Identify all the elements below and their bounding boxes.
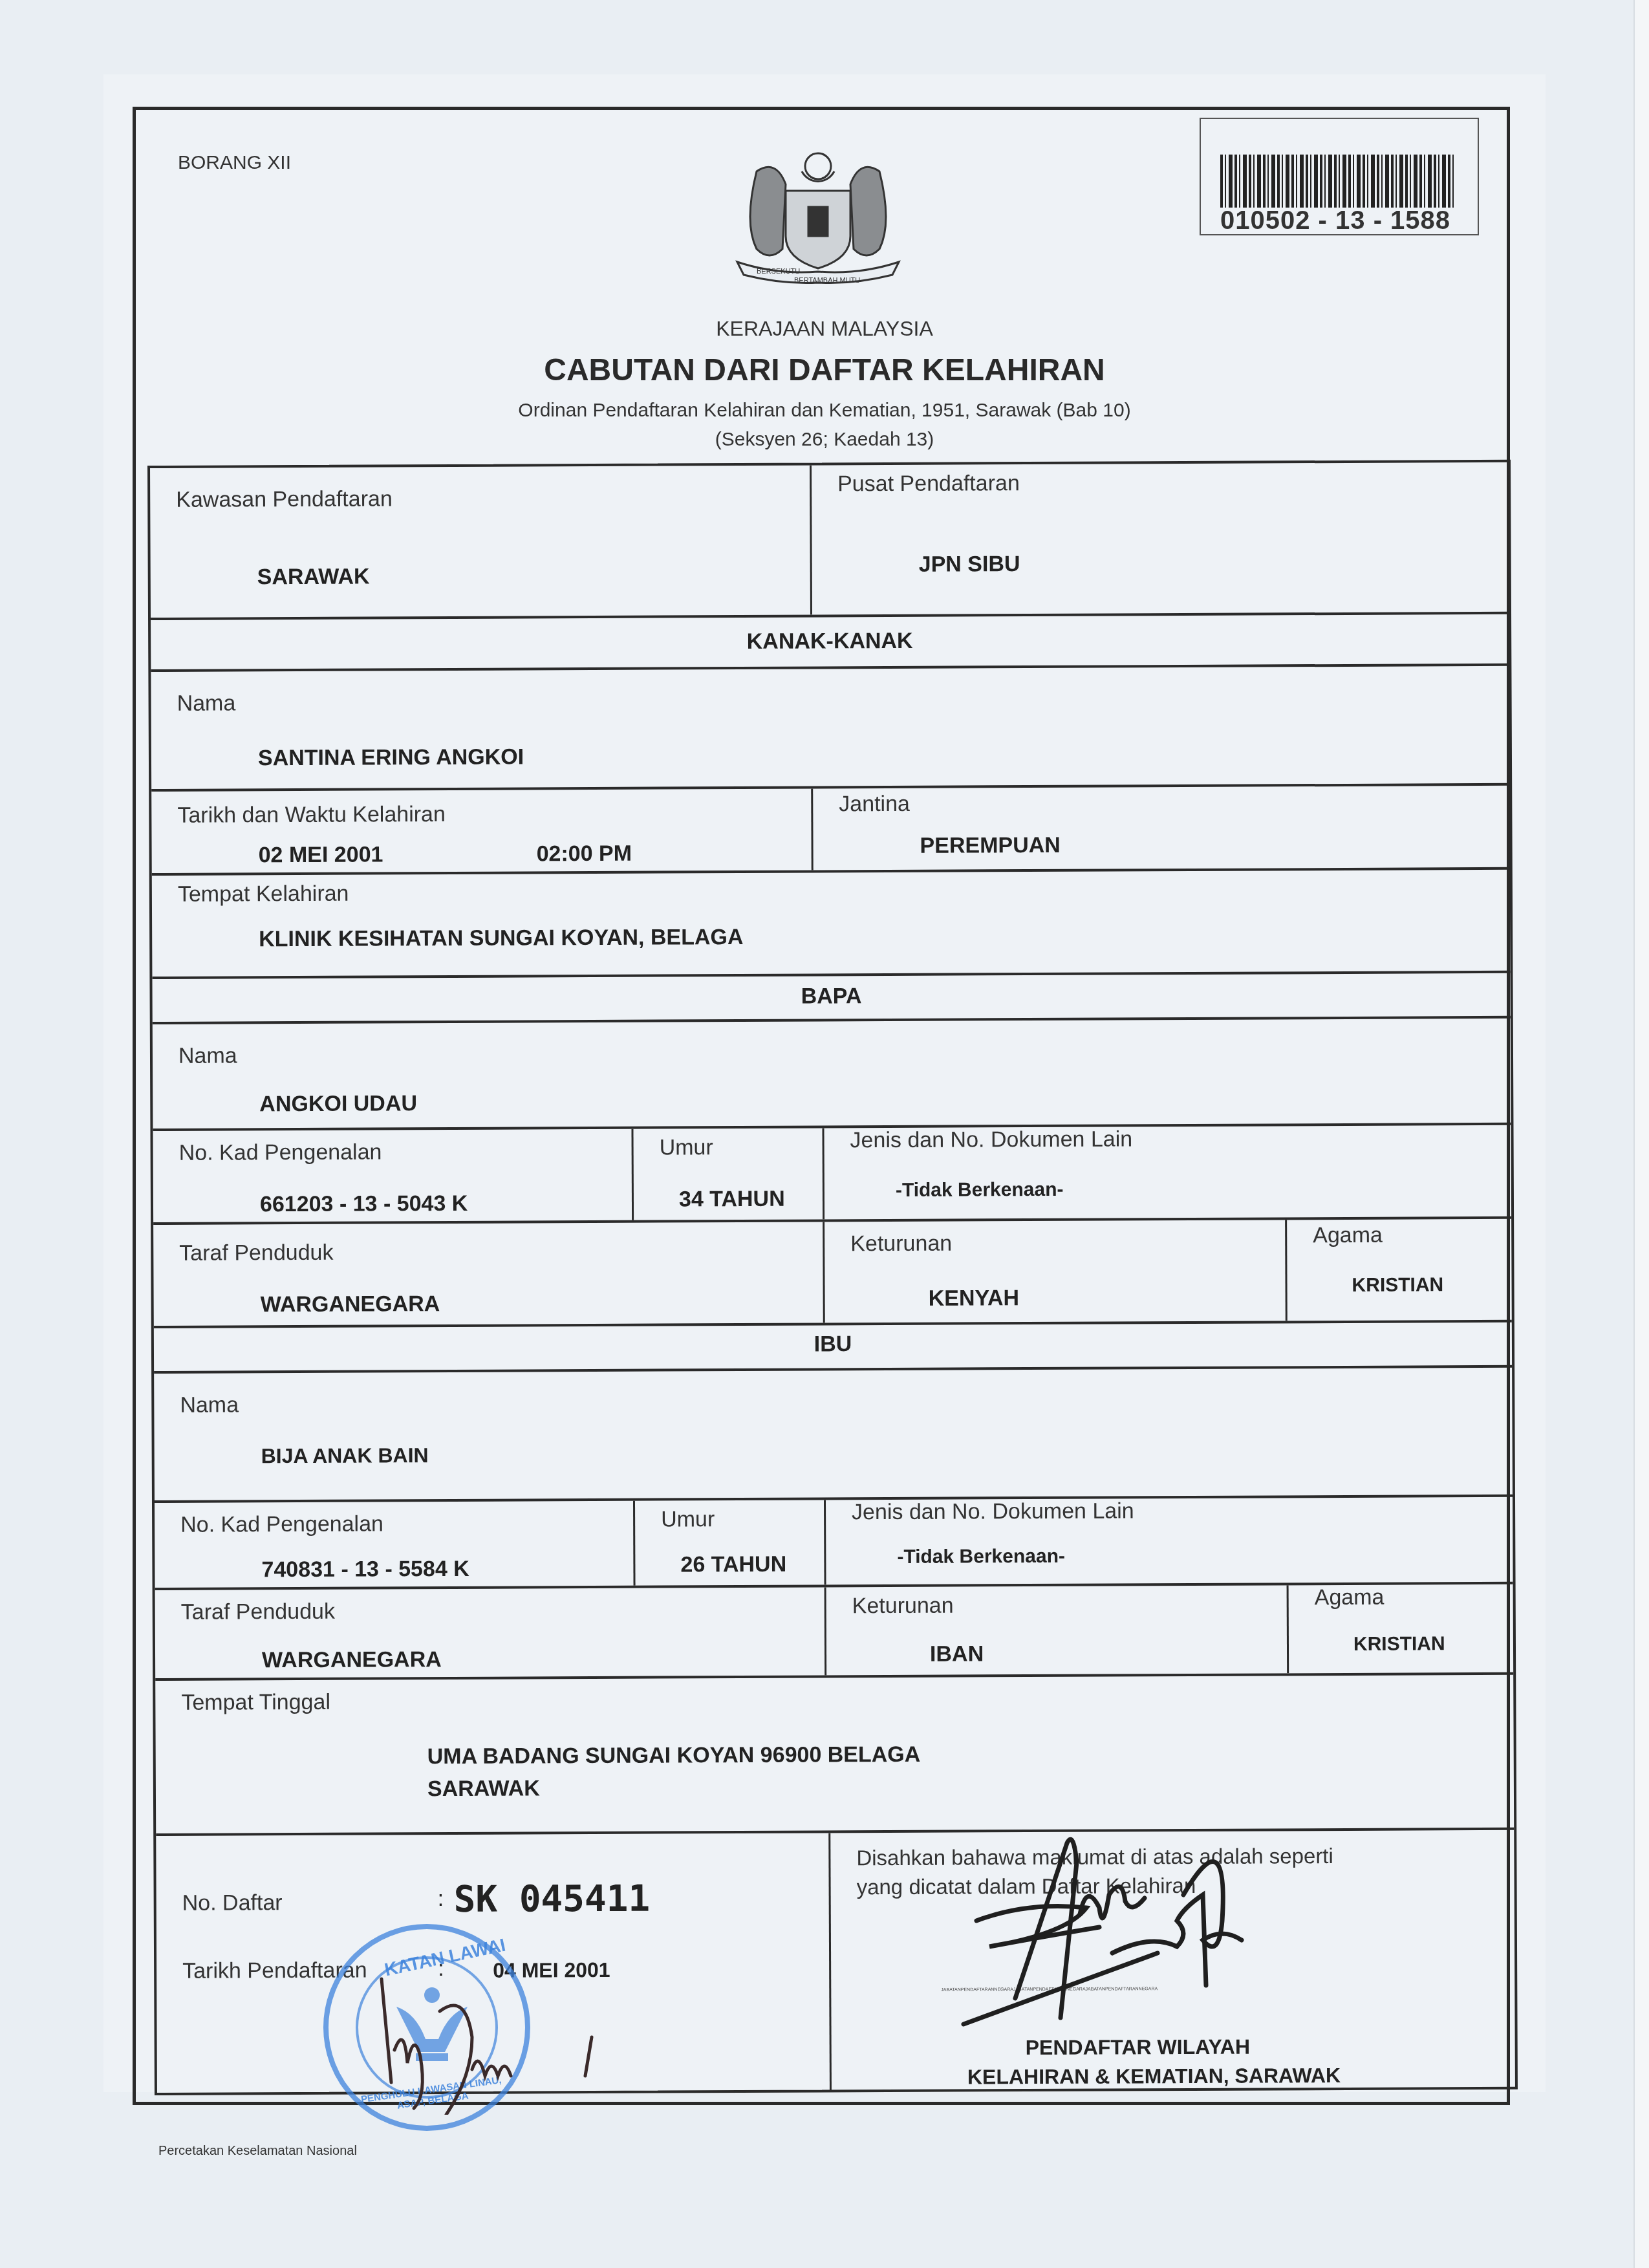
printer-credit: Percetakan Keselamatan Nasional bbox=[158, 2144, 357, 2159]
father-ethnicity-label: Keturunan bbox=[850, 1231, 952, 1257]
mother-other-doc-cell: Jenis dan No. Dokumen Lain -Tidak Berken… bbox=[824, 1497, 1513, 1585]
mother-ethnicity: IBAN bbox=[930, 1641, 984, 1667]
mother-ic: 740831 - 13 - 5584 K bbox=[261, 1557, 469, 1582]
penghulu-signature-icon bbox=[369, 1972, 640, 2115]
registration-centre-value: JPN SIBU bbox=[919, 552, 1020, 578]
registration-area-value: SARAWAK bbox=[257, 565, 370, 590]
residence-row: Tempat Tinggal UMA BADANG SUNGAI KOYAN 9… bbox=[155, 1675, 1514, 1836]
mother-ic-label: No. Kad Pengenalan bbox=[180, 1511, 383, 1537]
father-age-cell: Umur 34 TAHUN bbox=[631, 1128, 823, 1220]
mother-ethnicity-cell: Keturunan IBAN bbox=[824, 1585, 1288, 1675]
father-ethnicity-cell: Keturunan KENYAH bbox=[823, 1220, 1286, 1323]
registration-number: SK 045411 bbox=[454, 1878, 651, 1921]
birthplace-value: KLINIK KESIHATAN SUNGAI KOYAN, BELAGA bbox=[259, 925, 743, 952]
mother-name: BIJA ANAK BAIN bbox=[261, 1443, 429, 1468]
mother-other-doc-label: Jenis dan No. Dokumen Lain bbox=[852, 1498, 1134, 1525]
birthplace-label: Tempat Kelahiran bbox=[178, 881, 349, 907]
residence-line2: SARAWAK bbox=[427, 1776, 540, 1802]
signatory-title-line1: PENDAFTAR WILAYAH bbox=[1026, 2035, 1250, 2060]
mother-age-cell: Umur 26 TAHUN bbox=[633, 1500, 824, 1585]
residence-label: Tempat Tinggal bbox=[181, 1690, 330, 1716]
mother-id-row: No. Kad Pengenalan 740831 - 13 - 5584 K … bbox=[155, 1497, 1513, 1590]
father-ic: 661203 - 13 - 5043 K bbox=[260, 1191, 468, 1217]
mother-ic-cell: No. Kad Pengenalan 740831 - 13 - 5584 K bbox=[155, 1501, 634, 1588]
document-title: CABUTAN DARI DAFTAR KELAHIRAN bbox=[0, 352, 1649, 388]
father-demographics-row: Taraf Penduduk WARGANEGARA Keturunan KEN… bbox=[153, 1219, 1512, 1328]
registration-centre-cell: Pusat Pendaftaran JPN SIBU bbox=[810, 462, 1509, 615]
residence-line1: UMA BADANG SUNGAI KOYAN 96900 BELAGA bbox=[427, 1742, 921, 1769]
father-other-doc: -Tidak Berkenaan- bbox=[896, 1179, 1064, 1202]
mother-ethnicity-label: Keturunan bbox=[852, 1593, 954, 1619]
mother-section-heading: IBU bbox=[154, 1323, 1512, 1374]
father-id-row: No. Kad Pengenalan 661203 - 13 - 5043 K … bbox=[153, 1125, 1511, 1225]
father-ic-label: No. Kad Pengenalan bbox=[179, 1139, 382, 1165]
father-ic-cell: No. Kad Pengenalan 661203 - 13 - 5043 K bbox=[153, 1129, 632, 1222]
gender-value: PEREMPUAN bbox=[920, 833, 1060, 859]
child-name: SANTINA ERING ANGKOI bbox=[258, 744, 524, 771]
registration-centre-label: Pusat Pendaftaran bbox=[837, 471, 1020, 497]
mother-religion: KRISTIAN bbox=[1353, 1633, 1445, 1656]
gender-label: Jantina bbox=[839, 792, 910, 817]
form-code: BORANG XII bbox=[178, 152, 291, 174]
signatory-title-line2: KELAHIRAN & KEMATIAN, SARAWAK bbox=[967, 2064, 1341, 2090]
malaysia-coat-of-arms-icon: BERSEKUTU BERTAMBAH MUTU bbox=[718, 146, 918, 288]
mother-residency-label: Taraf Penduduk bbox=[181, 1599, 335, 1625]
birth-date: 02 MEI 2001 bbox=[259, 842, 383, 868]
father-name: ANGKOI UDAU bbox=[259, 1091, 417, 1117]
child-name-row: Nama SANTINA ERING ANGKOI bbox=[151, 666, 1509, 792]
barcode: 010502 - 13 - 1588 bbox=[1200, 118, 1479, 235]
barcode-bars bbox=[1220, 155, 1456, 208]
section-reference: (Seksyen 26; Kaedah 13) bbox=[0, 429, 1649, 451]
birth-datetime-label: Tarikh dan Waktu Kelahiran bbox=[177, 802, 446, 828]
registration-number-colon: : bbox=[438, 1886, 444, 1912]
birth-datetime-cell: Tarikh dan Waktu Kelahiran 02 MEI 2001 0… bbox=[151, 789, 812, 873]
government-heading: KERAJAAN MALAYSIA bbox=[0, 317, 1649, 341]
father-other-doc-label: Jenis dan No. Dokumen Lain bbox=[850, 1127, 1132, 1153]
father-age: 34 TAHUN bbox=[679, 1187, 785, 1213]
child-name-label: Nama bbox=[177, 691, 236, 716]
svg-text:BERTAMBAH MUTU: BERTAMBAH MUTU bbox=[794, 277, 860, 285]
father-other-doc-cell: Jenis dan No. Dokumen Lain -Tidak Berken… bbox=[822, 1125, 1511, 1220]
mother-demographics-row: Taraf Penduduk WARGANEGARA Keturunan IBA… bbox=[155, 1584, 1514, 1681]
birthplace-row: Tempat Kelahiran KLINIK KESIHATAN SUNGAI… bbox=[152, 870, 1511, 979]
father-section-heading: BAPA bbox=[152, 973, 1510, 1024]
father-religion: KRISTIAN bbox=[1352, 1274, 1443, 1297]
mother-age: 26 TAHUN bbox=[680, 1552, 786, 1578]
father-religion-label: Agama bbox=[1313, 1223, 1383, 1248]
registration-number-label: No. Daftar bbox=[182, 1890, 283, 1916]
registration-area-cell: Kawasan Pendaftaran SARAWAK bbox=[150, 466, 810, 618]
mother-religion-label: Agama bbox=[1315, 1585, 1385, 1610]
svg-text:BERSEKUTU: BERSEKUTU bbox=[757, 268, 800, 275]
father-residency-cell: Taraf Penduduk WARGANEGARA bbox=[153, 1222, 823, 1326]
mother-other-doc: -Tidak Berkenaan- bbox=[897, 1546, 1065, 1568]
mother-residency-cell: Taraf Penduduk WARGANEGARA bbox=[155, 1587, 825, 1678]
father-age-label: Umur bbox=[660, 1135, 713, 1160]
father-name-row: Nama ANGKOI UDAU bbox=[153, 1019, 1511, 1131]
father-residency-label: Taraf Penduduk bbox=[179, 1240, 333, 1266]
mother-age-label: Umur bbox=[661, 1507, 715, 1532]
mother-residency: WARGANEGARA bbox=[262, 1647, 442, 1673]
registration-area-label: Kawasan Pendaftaran bbox=[176, 486, 393, 512]
father-ethnicity: KENYAH bbox=[929, 1286, 1020, 1312]
father-name-label: Nama bbox=[178, 1043, 237, 1068]
father-residency: WARGANEGARA bbox=[261, 1291, 440, 1317]
ordinance-reference: Ordinan Pendaftaran Kelahiran dan Kemati… bbox=[0, 400, 1649, 422]
father-religion-cell: Agama KRISTIAN bbox=[1285, 1219, 1512, 1321]
gender-cell: Jantina PEREMPUAN bbox=[811, 786, 1510, 870]
mother-name-row: Nama BIJA ANAK BAIN bbox=[154, 1368, 1513, 1503]
mother-religion-cell: Agama KRISTIAN bbox=[1287, 1584, 1514, 1674]
child-section-heading: KANAK-KANAK bbox=[151, 614, 1509, 672]
registrar-signature-icon bbox=[951, 1824, 1313, 2031]
mother-name-label: Nama bbox=[180, 1392, 239, 1418]
registration-row: Kawasan Pendaftaran SARAWAK Pusat Pendaf… bbox=[150, 462, 1509, 620]
birth-time: 02:00 PM bbox=[537, 841, 632, 867]
child-birth-row: Tarikh dan Waktu Kelahiran 02 MEI 2001 0… bbox=[151, 786, 1510, 876]
barcode-number: 010502 - 13 - 1588 bbox=[1220, 206, 1450, 235]
